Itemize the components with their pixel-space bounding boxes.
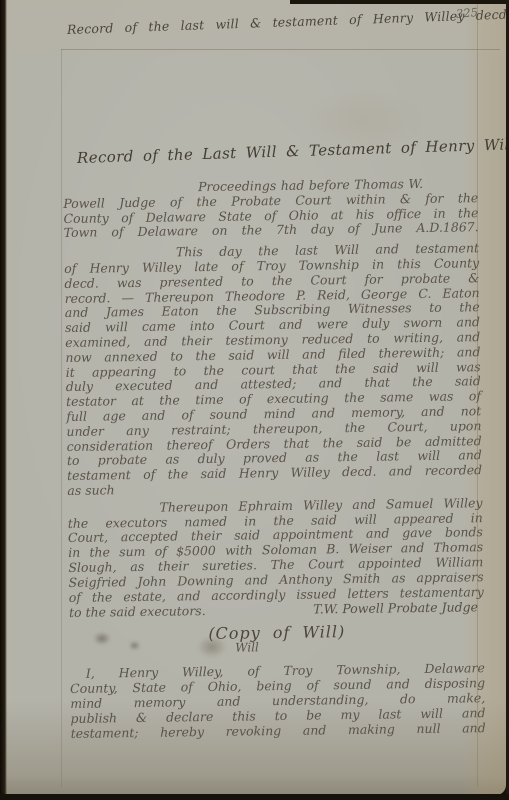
record-heading: Record of the Last Will & Testament of H… bbox=[77, 133, 509, 167]
photo-frame: 325 Record of the last will & testament … bbox=[0, 0, 509, 800]
book-page: 325 Record of the last will & testament … bbox=[5, 0, 506, 795]
margin-rule-horizontal bbox=[61, 49, 500, 50]
margin-rule-vertical-left bbox=[61, 49, 62, 787]
binding-edge bbox=[0, 0, 7, 800]
manuscript-body: Proceedings had before Thomas W. Powell … bbox=[63, 176, 486, 741]
page-bottom-edge bbox=[0, 794, 509, 800]
paragraph-will-text: I, Henry Willey, of Troy Township, Delaw… bbox=[70, 661, 486, 741]
paragraph-executors: Thereupon Ephraim Willey and Samuel Will… bbox=[67, 496, 484, 620]
page-top-edge bbox=[290, 0, 509, 4]
paragraph-proceedings: Proceedings had before Thomas W. Powell … bbox=[63, 176, 479, 241]
margin-header-note: Record of the last will & testament of H… bbox=[67, 7, 507, 37]
closing-text: to the said executors. bbox=[69, 603, 206, 620]
paragraph-probate: This day the last Will and testament of … bbox=[64, 241, 482, 498]
judge-signature: T.W. Powell Probate Judge bbox=[313, 600, 478, 617]
manuscript-line: Town of Delaware on the 7th day of June … bbox=[64, 221, 479, 242]
